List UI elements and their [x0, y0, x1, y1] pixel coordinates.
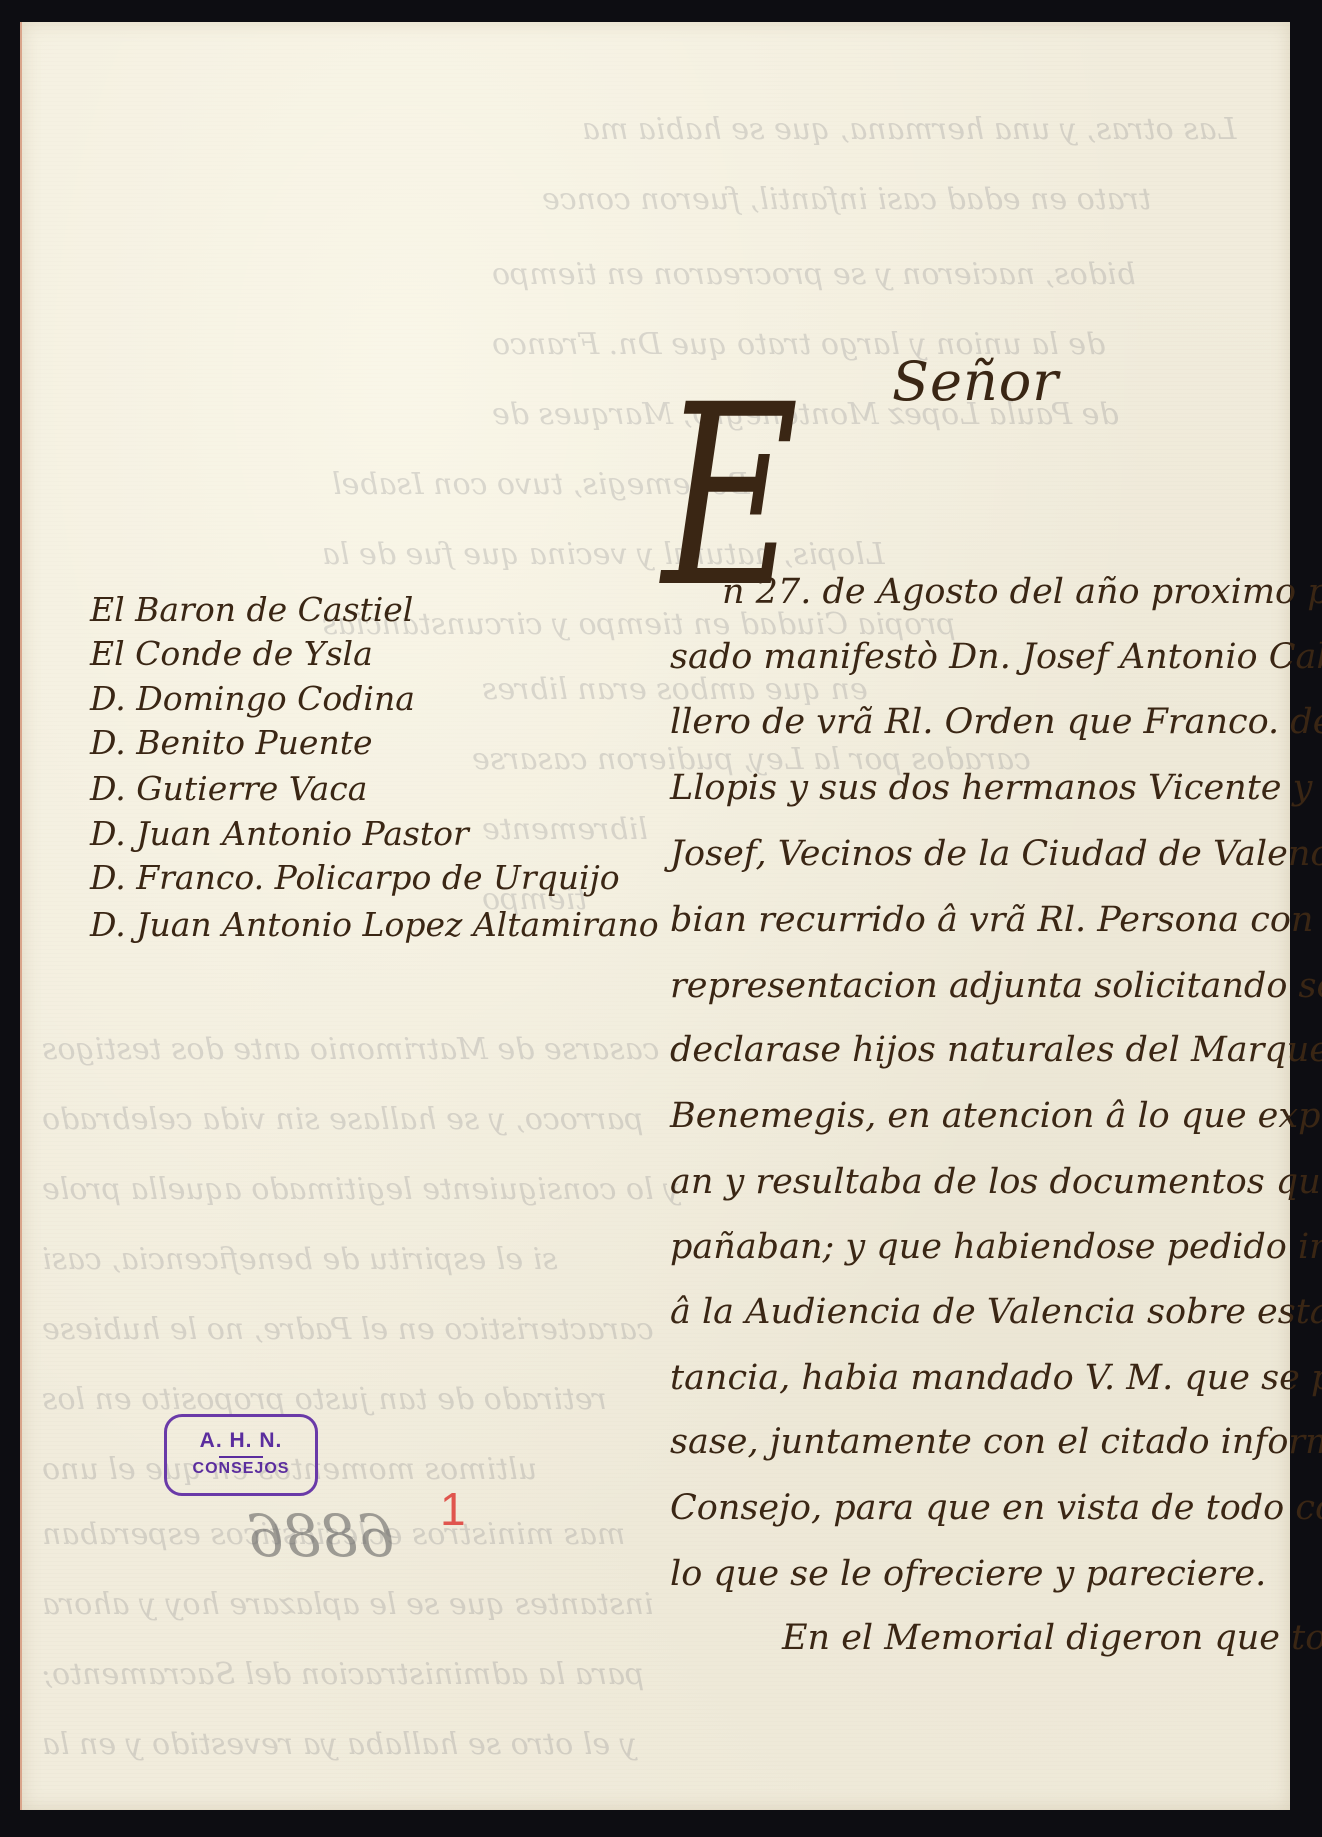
bleed-line: casarse de Matrimonio ante dos testigos — [42, 1032, 659, 1067]
body-line: â la Audiencia de Valencia sobre esta in… — [670, 1292, 1322, 1332]
body-line: lo que se le ofreciere y pareciere. — [670, 1554, 1266, 1594]
body-line: bian recurrido â vrã Rl. Persona con la — [670, 900, 1322, 940]
bleed-line: bidos, nacieron y se procrearon en tiemp… — [492, 257, 1136, 292]
bleed-line: retirado de tan justo proposito en los — [42, 1382, 607, 1417]
pencil-reference-number: 6886 — [247, 1502, 395, 1570]
signatory: El Conde de Ysla — [90, 634, 373, 674]
body-line: Llopis y sus dos hermanos Vicente y — [670, 768, 1312, 808]
stamp-top-text: A. H. N. — [167, 1429, 315, 1453]
manuscript-page: Las otras, y una hermana, que se habia m… — [20, 22, 1290, 1810]
bleed-line: Las otras, y una hermana, que se habia m… — [582, 112, 1236, 147]
bleed-line: si el espiritu de beneficencia, casi — [42, 1242, 558, 1277]
body-line: En el Memorial digeron que to- — [782, 1618, 1322, 1658]
body-line: declarase hijos naturales del Marques de — [670, 1030, 1322, 1070]
bleed-line: y el otro se hallaba ya revestido y en l… — [42, 1727, 637, 1762]
bleed-line: trato en edad casi infantil, fueron conc… — [542, 182, 1151, 217]
signatory: D. Domingo Codina — [90, 679, 415, 719]
stamp-bottom-text: CONSEJOS — [167, 1460, 315, 1478]
body-line: representacion adjunta solicitando se le… — [670, 966, 1322, 1006]
bleed-line: para la administracion del Sacramento; — [42, 1657, 644, 1692]
body-line: sase, juntamente con el citado informe, … — [670, 1422, 1322, 1462]
body-line: an y resultaba de los documentos que aco… — [670, 1162, 1322, 1202]
archive-stamp: A. H. N. CONSEJOS — [164, 1414, 318, 1496]
stamp-divider — [219, 1456, 263, 1458]
body-line: tancia, habia mandado V. M. que se pa- — [670, 1358, 1322, 1398]
body-line: pañaban; y que habiendose pedido informe — [670, 1227, 1322, 1267]
bleed-line: Llopis, natural y vecina que fue de la — [322, 537, 885, 572]
bleed-line: caracteristico en el Padre, no le hubies… — [42, 1312, 654, 1347]
bleed-line: y lo consiguiente legitimado aquella pro… — [42, 1172, 680, 1207]
signatory: D. Juan Antonio Lopez Altamirano — [90, 905, 659, 945]
signatory: D. Juan Antonio Pastor — [90, 814, 469, 854]
body-line: llero de vrã Rl. Orden que Franco. de Pa… — [670, 702, 1322, 742]
page-heading: Señor — [892, 350, 1059, 413]
bleed-line: instantes que se le aplazare hoy y ahora — [42, 1587, 653, 1622]
body-line: n 27. de Agosto del año proximo pa- — [722, 572, 1322, 612]
bleed-line: parroco, y se hallase sin vida celebrado — [42, 1102, 644, 1137]
signatory: El Baron de Castiel — [90, 590, 413, 630]
bleed-line: libremente — [482, 812, 648, 847]
body-line: Josef, Vecinos de la Ciudad de Valencia,… — [670, 834, 1322, 874]
signatory: D. Franco. Policarpo de Urquijo — [90, 858, 620, 898]
body-line: sado manifestò Dn. Josef Antonio Caba- — [670, 637, 1322, 677]
body-line: Benemegis, en atencion â lo que exponi- — [670, 1096, 1322, 1136]
body-line: Consejo, para que en vista de todo consu… — [670, 1488, 1322, 1528]
red-folio-number: 1 — [440, 1482, 466, 1536]
signatory: D. Benito Puente — [90, 723, 373, 763]
signatory: D. Gutierre Vaca — [90, 769, 367, 809]
